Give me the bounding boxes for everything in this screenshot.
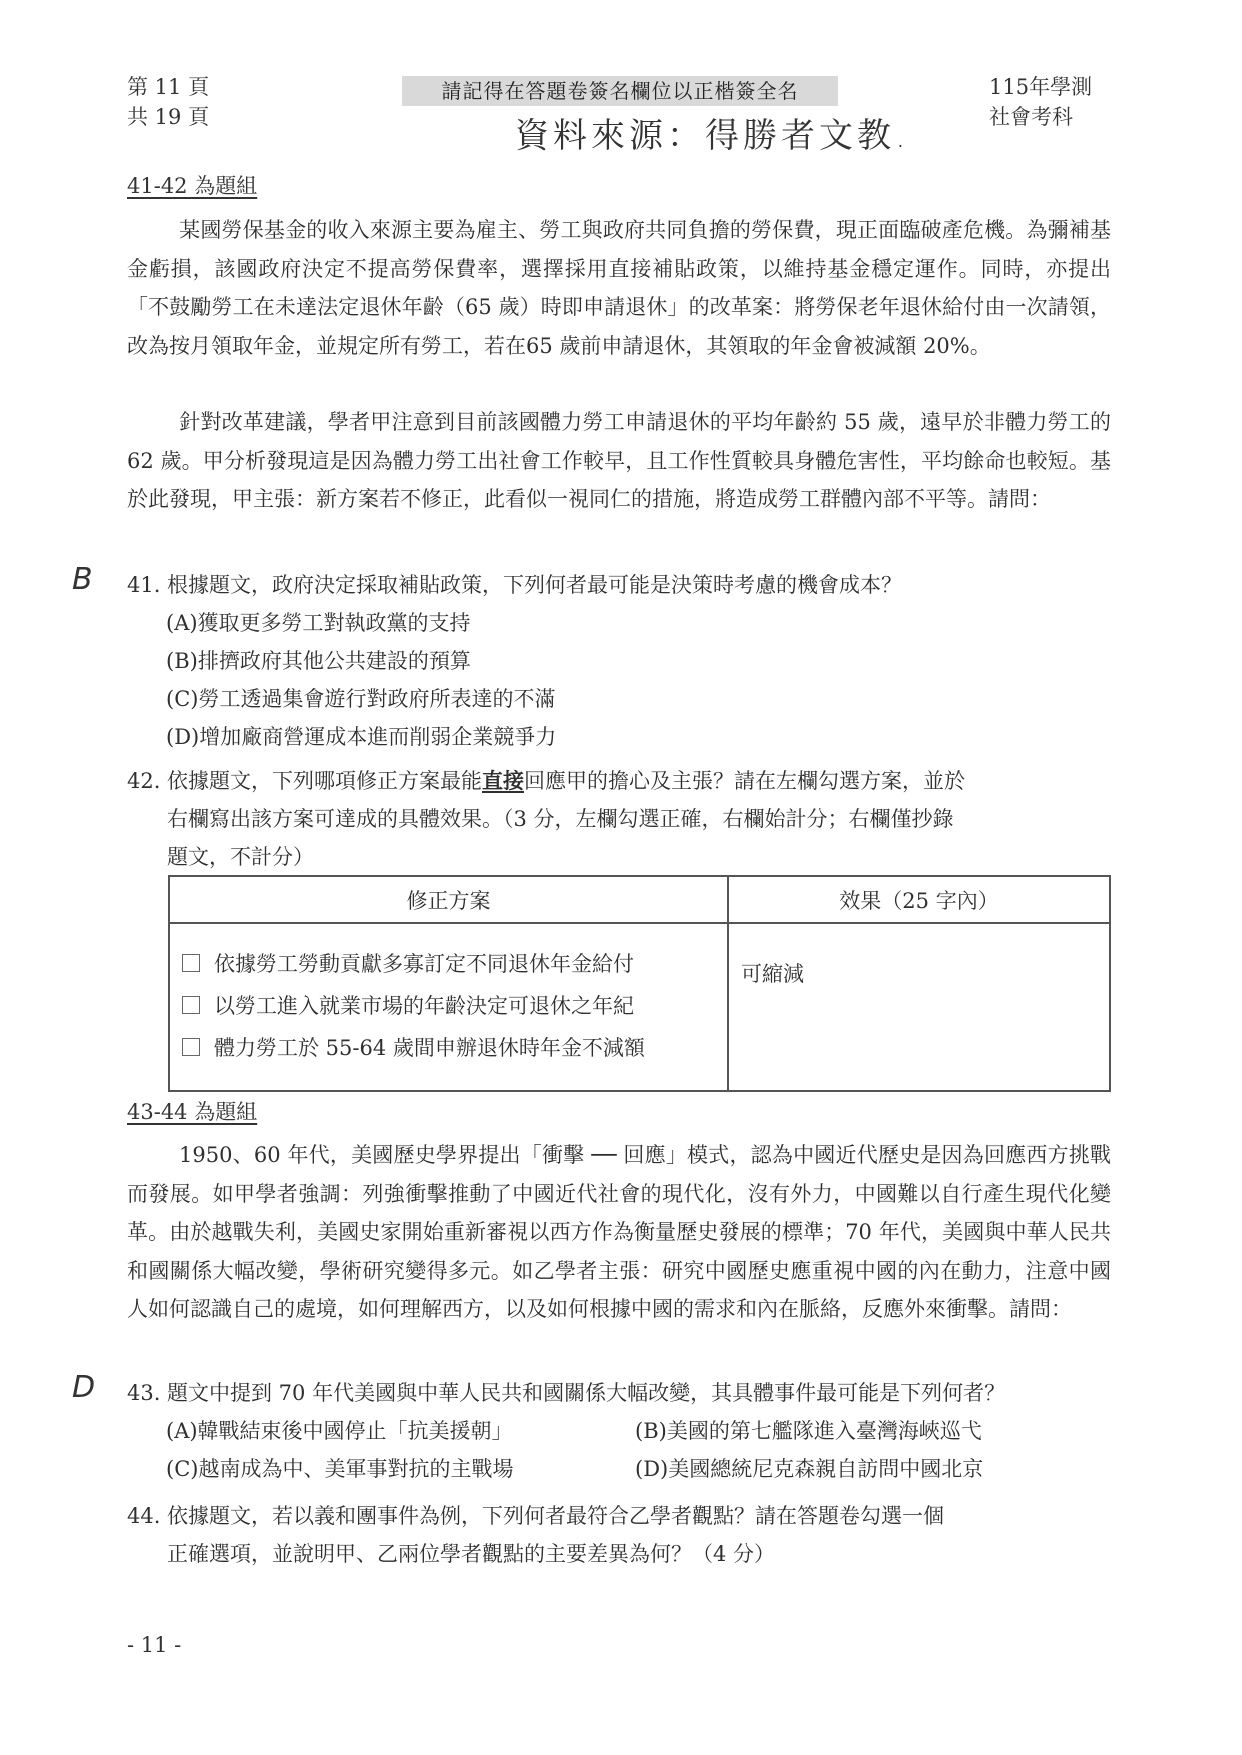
question-42-line-2: 右欄寫出該方案可達成的具體效果。（3 分，左欄勾選正確，右欄始計分；右欄僅抄錄 bbox=[167, 800, 954, 838]
page-number-footer: - 11 - bbox=[127, 1630, 181, 1660]
question-stem: 回應甲的擔心及主張？請在左欄勾選方案，並於 bbox=[524, 769, 965, 793]
option-41-c: (C)勞工透過集會遊行對政府所表達的不滿 bbox=[166, 680, 555, 718]
plan-option-label: 體力勞工於 55-64 歲間申辦退休時年金不減額 bbox=[214, 1032, 645, 1062]
plan-option-label: 依據勞工勞動貢獻多寡訂定不同退休年金給付 bbox=[214, 948, 634, 978]
question-stem: 依據題文，若以義和團事件為例，下列何者最符合乙學者觀點？請在答題卷勾選一個 bbox=[167, 1504, 944, 1528]
plan-option-2[interactable]: 以勞工進入就業市場的年齡決定可退休之年紀 bbox=[170, 984, 727, 1026]
question-41: 41.根據題文，政府決定採取補貼政策，下列何者最可能是決策時考慮的機會成本？ bbox=[127, 566, 902, 604]
option-43-b: (B)美國的第七艦隊進入臺灣海峽巡弋 bbox=[635, 1412, 982, 1450]
group-title-43-44: 43-44 為題組 bbox=[127, 1096, 257, 1126]
passage-text: 1950、60 年代，美國歷史學界提出「衝擊 ── 回應」模式，認為中國近代歷史… bbox=[127, 1143, 1111, 1321]
handwritten-source-note: 資料來源：得勝者文教. bbox=[515, 108, 910, 157]
question-43: 43.題文中提到 70 年代美國與中華人民共和國關係大幅改變，其具體事件最可能是… bbox=[127, 1374, 1005, 1412]
table-header-effect: 效果（25 字內） bbox=[728, 876, 1110, 923]
page-total: 共 19 頁 bbox=[127, 102, 209, 132]
option-41-b: (B)排擠政府其他公共建設的預算 bbox=[166, 642, 471, 680]
option-41-a: (A)獲取更多勞工對執政黨的支持 bbox=[166, 604, 471, 642]
option-43-d: (D)美國總統尼克森親自訪問中國北京 bbox=[635, 1450, 983, 1488]
passage-41-42-paragraph-2: 針對改革建議，學者甲注意到目前該國體力勞工申請退休的平均年齡約 55 歲，遠早於… bbox=[127, 403, 1111, 519]
plan-options-cell: 依據勞工勞動貢獻多寡訂定不同退休年金給付 以勞工進入就業市場的年齡決定可退休之年… bbox=[169, 923, 728, 1091]
handwritten-answer-43: D bbox=[72, 1370, 95, 1405]
passage-43-44: 1950、60 年代，美國歷史學界提出「衝擊 ── 回應」模式，認為中國近代歷史… bbox=[127, 1136, 1111, 1329]
plan-option-1[interactable]: 依據勞工勞動貢獻多寡訂定不同退休年金給付 bbox=[170, 942, 727, 984]
passage-text: 某國勞保基金的收入來源主要為雇主、勞工與政府共同負擔的勞保費，現正面臨破產危機。… bbox=[127, 218, 1111, 358]
question-number: 42. bbox=[127, 762, 167, 800]
checkbox-icon[interactable] bbox=[182, 954, 200, 972]
passage-text: 針對改革建議，學者甲注意到目前該國體力勞工申請退休的平均年齡約 55 歲，遠早於… bbox=[127, 410, 1111, 511]
question-number: 44. bbox=[127, 1497, 167, 1535]
passage-41-42-paragraph-1: 某國勞保基金的收入來源主要為雇主、勞工與政府共同負擔的勞保費，現正面臨破產危機。… bbox=[127, 211, 1111, 365]
question-stem: 根據題文，政府決定採取補貼政策，下列何者最可能是決策時考慮的機會成本？ bbox=[167, 573, 902, 597]
option-43-c: (C)越南成為中、美軍事對抗的主戰場 bbox=[166, 1450, 513, 1488]
plan-option-3[interactable]: 體力勞工於 55-64 歲間申辦退休時年金不減額 bbox=[170, 1026, 727, 1068]
exam-year: 115年學測 bbox=[989, 72, 1092, 102]
signature-notice: 請記得在答題卷簽名欄位以正楷簽全名 bbox=[402, 76, 838, 106]
plan-option-label: 以勞工進入就業市場的年齡決定可退休之年紀 bbox=[214, 990, 634, 1020]
effect-cell[interactable]: 可縮減 bbox=[728, 923, 1110, 1091]
question-44-line-2: 正確選項，並說明甲、乙兩位學者觀點的主要差異為何？（4 分） bbox=[167, 1535, 775, 1573]
option-43-a: (A)韓戰結束後中國停止「抗美援朝」 bbox=[166, 1412, 513, 1450]
question-42: 42.依據題文，下列哪項修正方案最能直接回應甲的擔心及主張？請在左欄勾選方案，並… bbox=[127, 762, 965, 800]
revision-plan-table: 修正方案 效果（25 字內） 依據勞工勞動貢獻多寡訂定不同退休年金給付 以勞工進… bbox=[168, 875, 1111, 1092]
group-title-41-42: 41-42 為題組 bbox=[127, 170, 257, 200]
exam-subject: 社會考科 bbox=[989, 102, 1073, 132]
question-stem: 依據題文，下列哪項修正方案最能 bbox=[167, 769, 482, 793]
page-current: 第 11 頁 bbox=[127, 72, 209, 102]
question-stem: 題文中提到 70 年代美國與中華人民共和國關係大幅改變，其具體事件最可能是下列何… bbox=[167, 1381, 1005, 1405]
handwritten-answer-41: B bbox=[72, 562, 93, 597]
question-44: 44.依據題文，若以義和團事件為例，下列何者最符合乙學者觀點？請在答題卷勾選一個 bbox=[127, 1497, 944, 1535]
question-number: 43. bbox=[127, 1374, 167, 1412]
checkbox-icon[interactable] bbox=[182, 1038, 200, 1056]
table-header-plan: 修正方案 bbox=[169, 876, 728, 923]
checkbox-icon[interactable] bbox=[182, 996, 200, 1014]
question-42-line-3: 題文，不計分） bbox=[167, 838, 314, 876]
option-41-d: (D)增加廠商營運成本進而削弱企業競爭力 bbox=[166, 718, 556, 756]
emphasis-direct: 直接 bbox=[482, 768, 524, 793]
question-number: 41. bbox=[127, 566, 167, 604]
effect-answer-text: 可縮減 bbox=[729, 924, 1109, 988]
